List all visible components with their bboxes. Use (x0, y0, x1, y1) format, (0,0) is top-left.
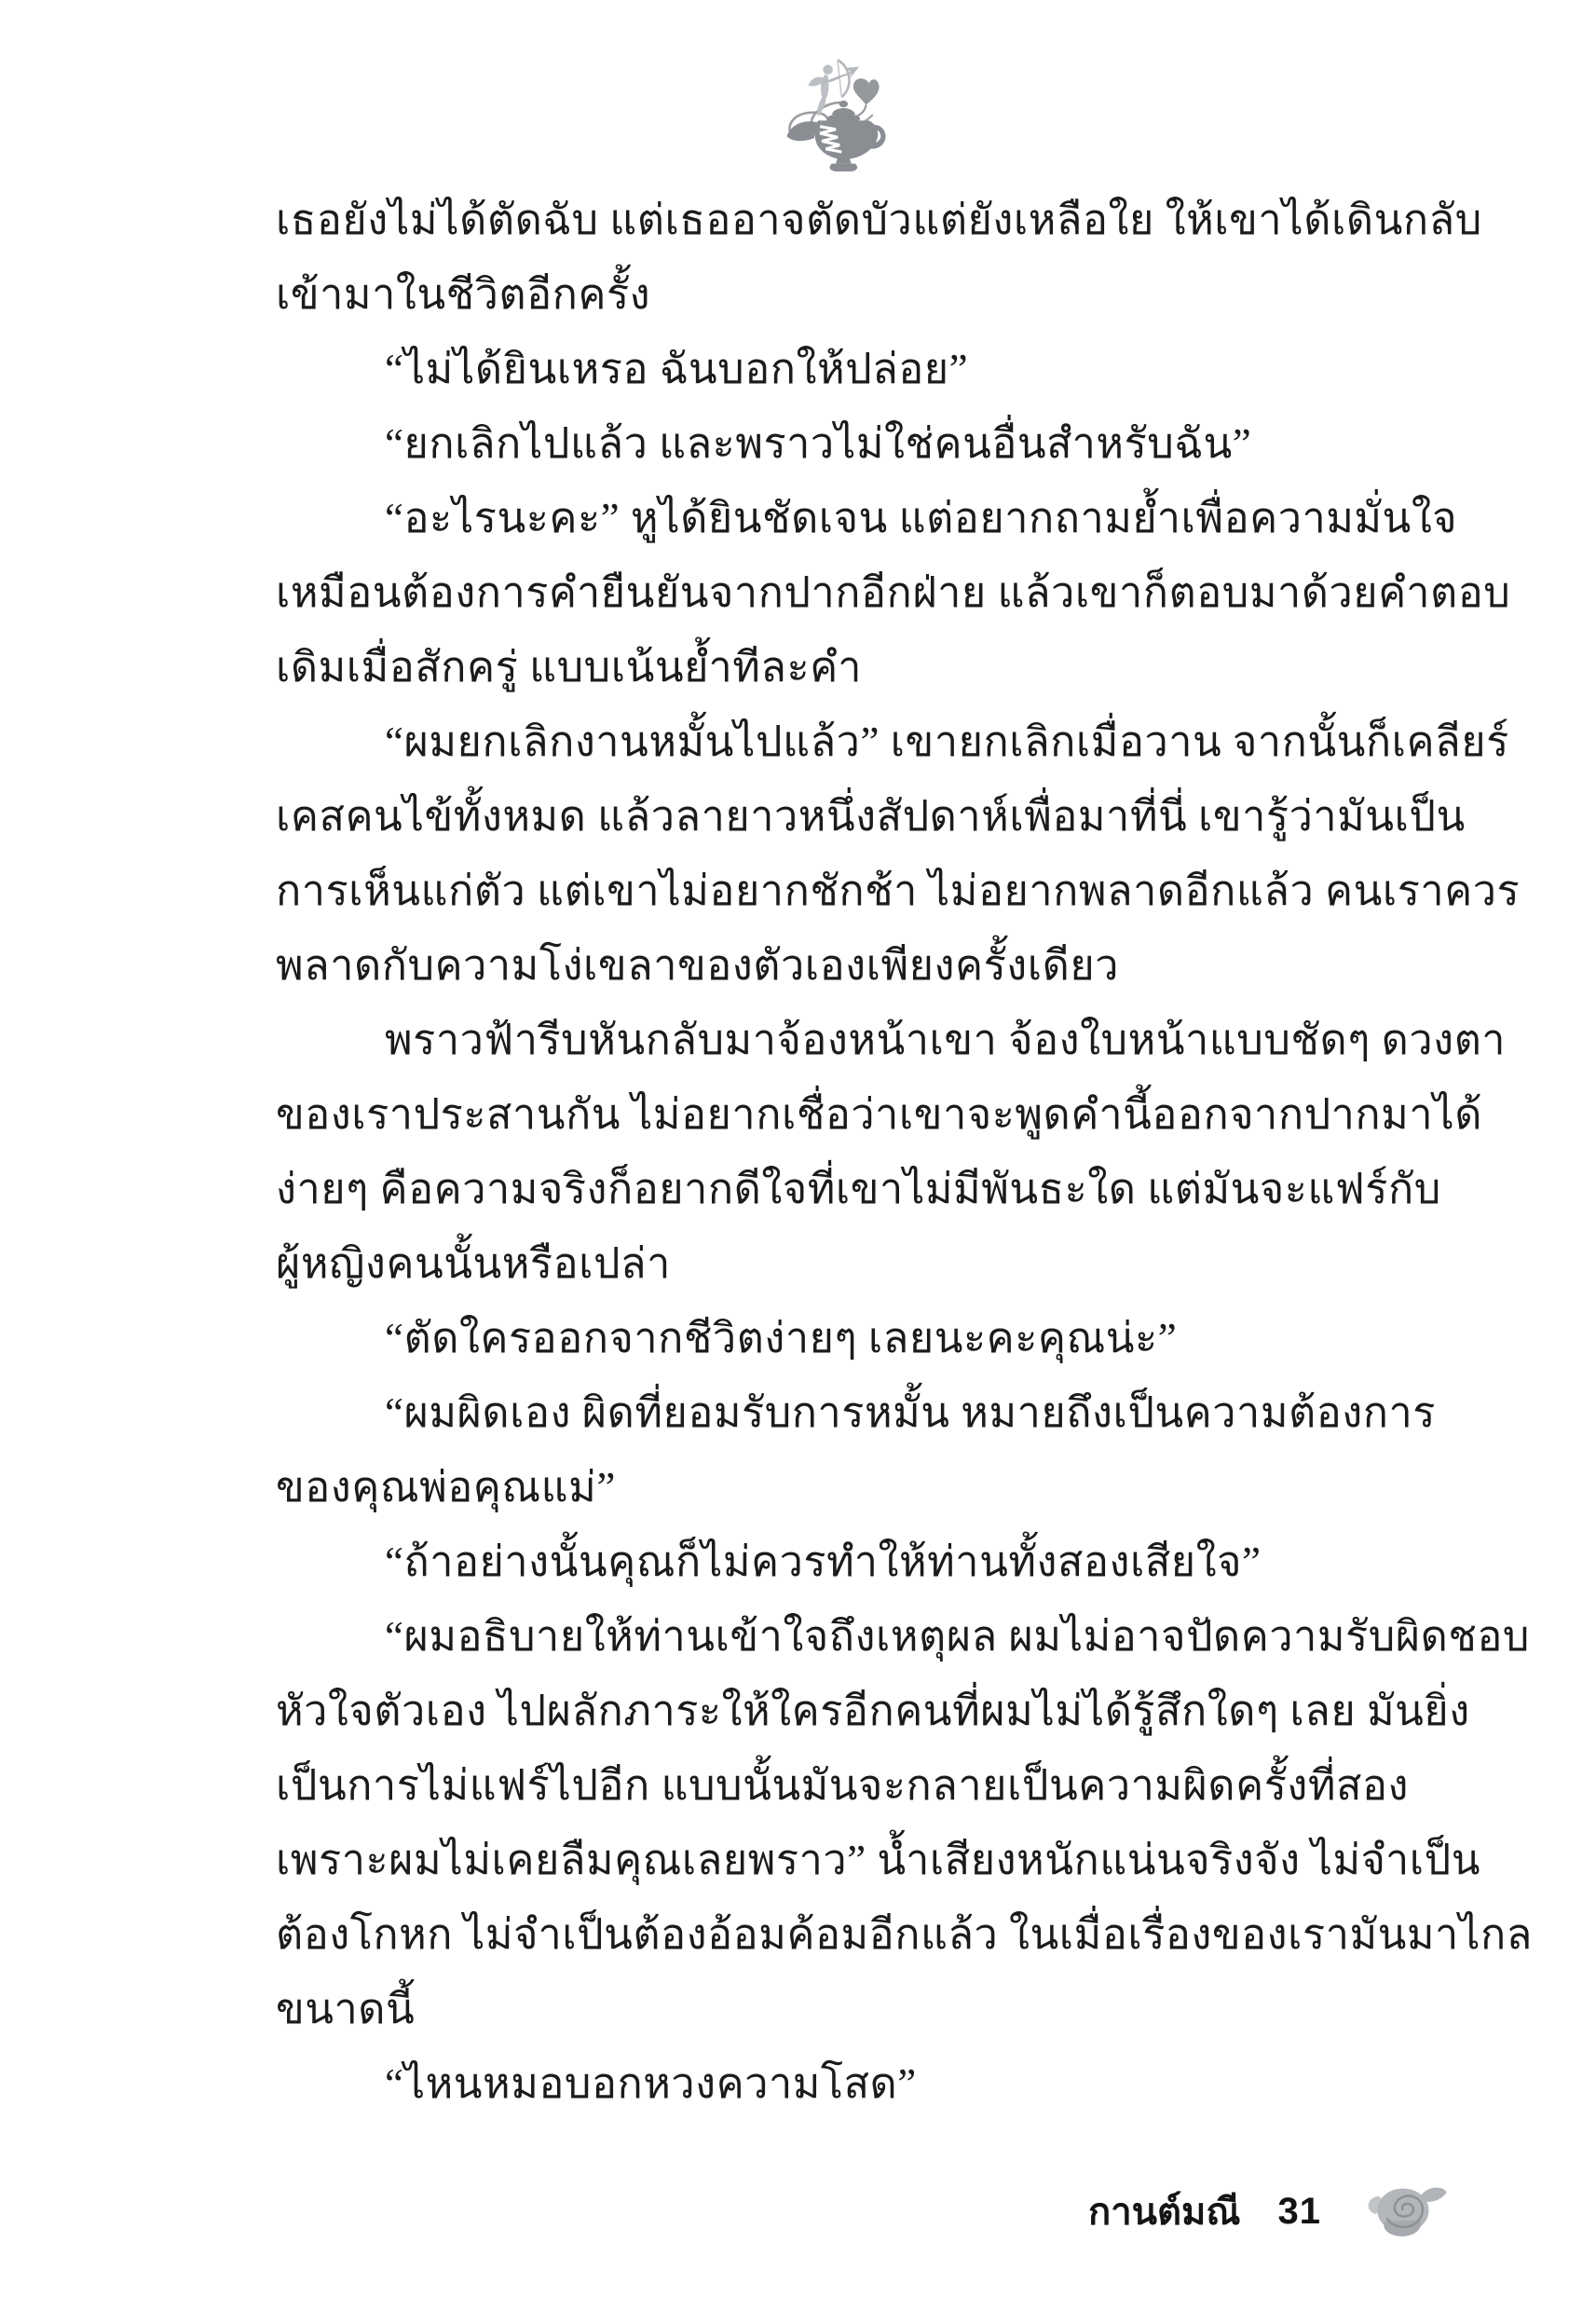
body-text: เธอยังไม่ได้ตัดฉับ แต่เธออาจตัดบัวแต่ยัง… (276, 183, 1398, 2121)
text-line: เคสคนไข้ทั้งหมด แล้วลายาวหนึ่งสัปดาห์เพื… (276, 779, 1398, 854)
book-page: เธอยังไม่ได้ตัดฉับ แต่เธออาจตัดบัวแต่ยัง… (0, 0, 1596, 2311)
text-line: “ตัดใครออกจากชีวิตง่ายๆ เลยนะคะคุณน่ะ” (276, 1301, 1398, 1375)
page-number: 31 (1277, 2191, 1321, 2233)
text-line: “ไหนหมอบอกหวงความโสด” (276, 2046, 1398, 2121)
footer-book-title: กานต์มณี (1088, 2181, 1240, 2241)
text-line: เธอยังไม่ได้ตัดฉับ แต่เธออาจตัดบัวแต่ยัง… (276, 183, 1398, 257)
text-line: “อะไรนะคะ” หูได้ยินชัดเจน แต่อยากถามย้ำเ… (276, 481, 1398, 555)
text-line: “ไม่ได้ยินเหรอ ฉันบอกให้ปล่อย” (276, 332, 1398, 406)
text-line: “ผมอธิบายให้ท่านเข้าใจถึงเหตุผล ผมไม่อาจ… (276, 1599, 1398, 1674)
text-line: “ถ้าอย่างนั้นคุณก็ไม่ควรทำให้ท่านทั้งสอง… (276, 1525, 1398, 1599)
text-line: การเห็นแก่ตัว แต่เขาไม่อยากชักช้า ไม่อยา… (276, 854, 1398, 928)
page-footer: กานต์มณี 31 (1088, 2179, 1450, 2244)
text-line: เดิมเมื่อสักครู่ แบบเน้นย้ำทีละคำ (276, 630, 1398, 704)
text-line: หัวใจตัวเอง ไปผลักภาระให้ใครอีกคนที่ผมไม… (276, 1674, 1398, 1748)
text-line: พลาดกับความโง่เขลาของตัวเองเพียงครั้งเดี… (276, 928, 1398, 1003)
rose-icon (1364, 2181, 1450, 2241)
text-line: เข้ามาในชีวิตอีกครั้ง (276, 257, 1398, 332)
cupid-genie-lamp-icon (783, 54, 891, 171)
text-line: “ยกเลิกไปแล้ว และพราวไม่ใช่คนอื่นสำหรับฉ… (276, 406, 1398, 481)
text-line: เป็นการไม่แฟร์ไปอีก แบบนั้นมันจะกลายเป็น… (276, 1748, 1398, 1823)
text-line: ต้องโกหก ไม่จำเป็นต้องอ้อมค้อมอีกแล้ว ใน… (276, 1897, 1398, 1972)
text-line: ของคุณพ่อคุณแม่” (276, 1450, 1398, 1525)
text-line: “ผมผิดเอง ผิดที่ยอมรับการหมั้น หมายถึงเป… (276, 1375, 1398, 1450)
text-line: ง่ายๆ คือความจริงก็อยากดีใจที่เขาไม่มีพั… (276, 1152, 1398, 1226)
text-line: พราวฟ้ารีบหันกลับมาจ้องหน้าเขา จ้องใบหน้… (276, 1003, 1398, 1077)
text-line: ขนาดนี้ (276, 1972, 1398, 2046)
text-line: เหมือนต้องการคำยืนยันจากปากอีกฝ่าย แล้วเ… (276, 555, 1398, 630)
text-line: “ผมยกเลิกงานหมั้นไปแล้ว” เขายกเลิกเมื่อว… (276, 704, 1398, 779)
text-line: ผู้หญิงคนนั้นหรือเปล่า (276, 1226, 1398, 1301)
text-line: ของเราประสานกัน ไม่อยากเชื่อว่าเขาจะพูดค… (276, 1077, 1398, 1152)
text-line: เพราะผมไม่เคยลืมคุณเลยพราว” น้ำเสียงหนัก… (276, 1823, 1398, 1897)
